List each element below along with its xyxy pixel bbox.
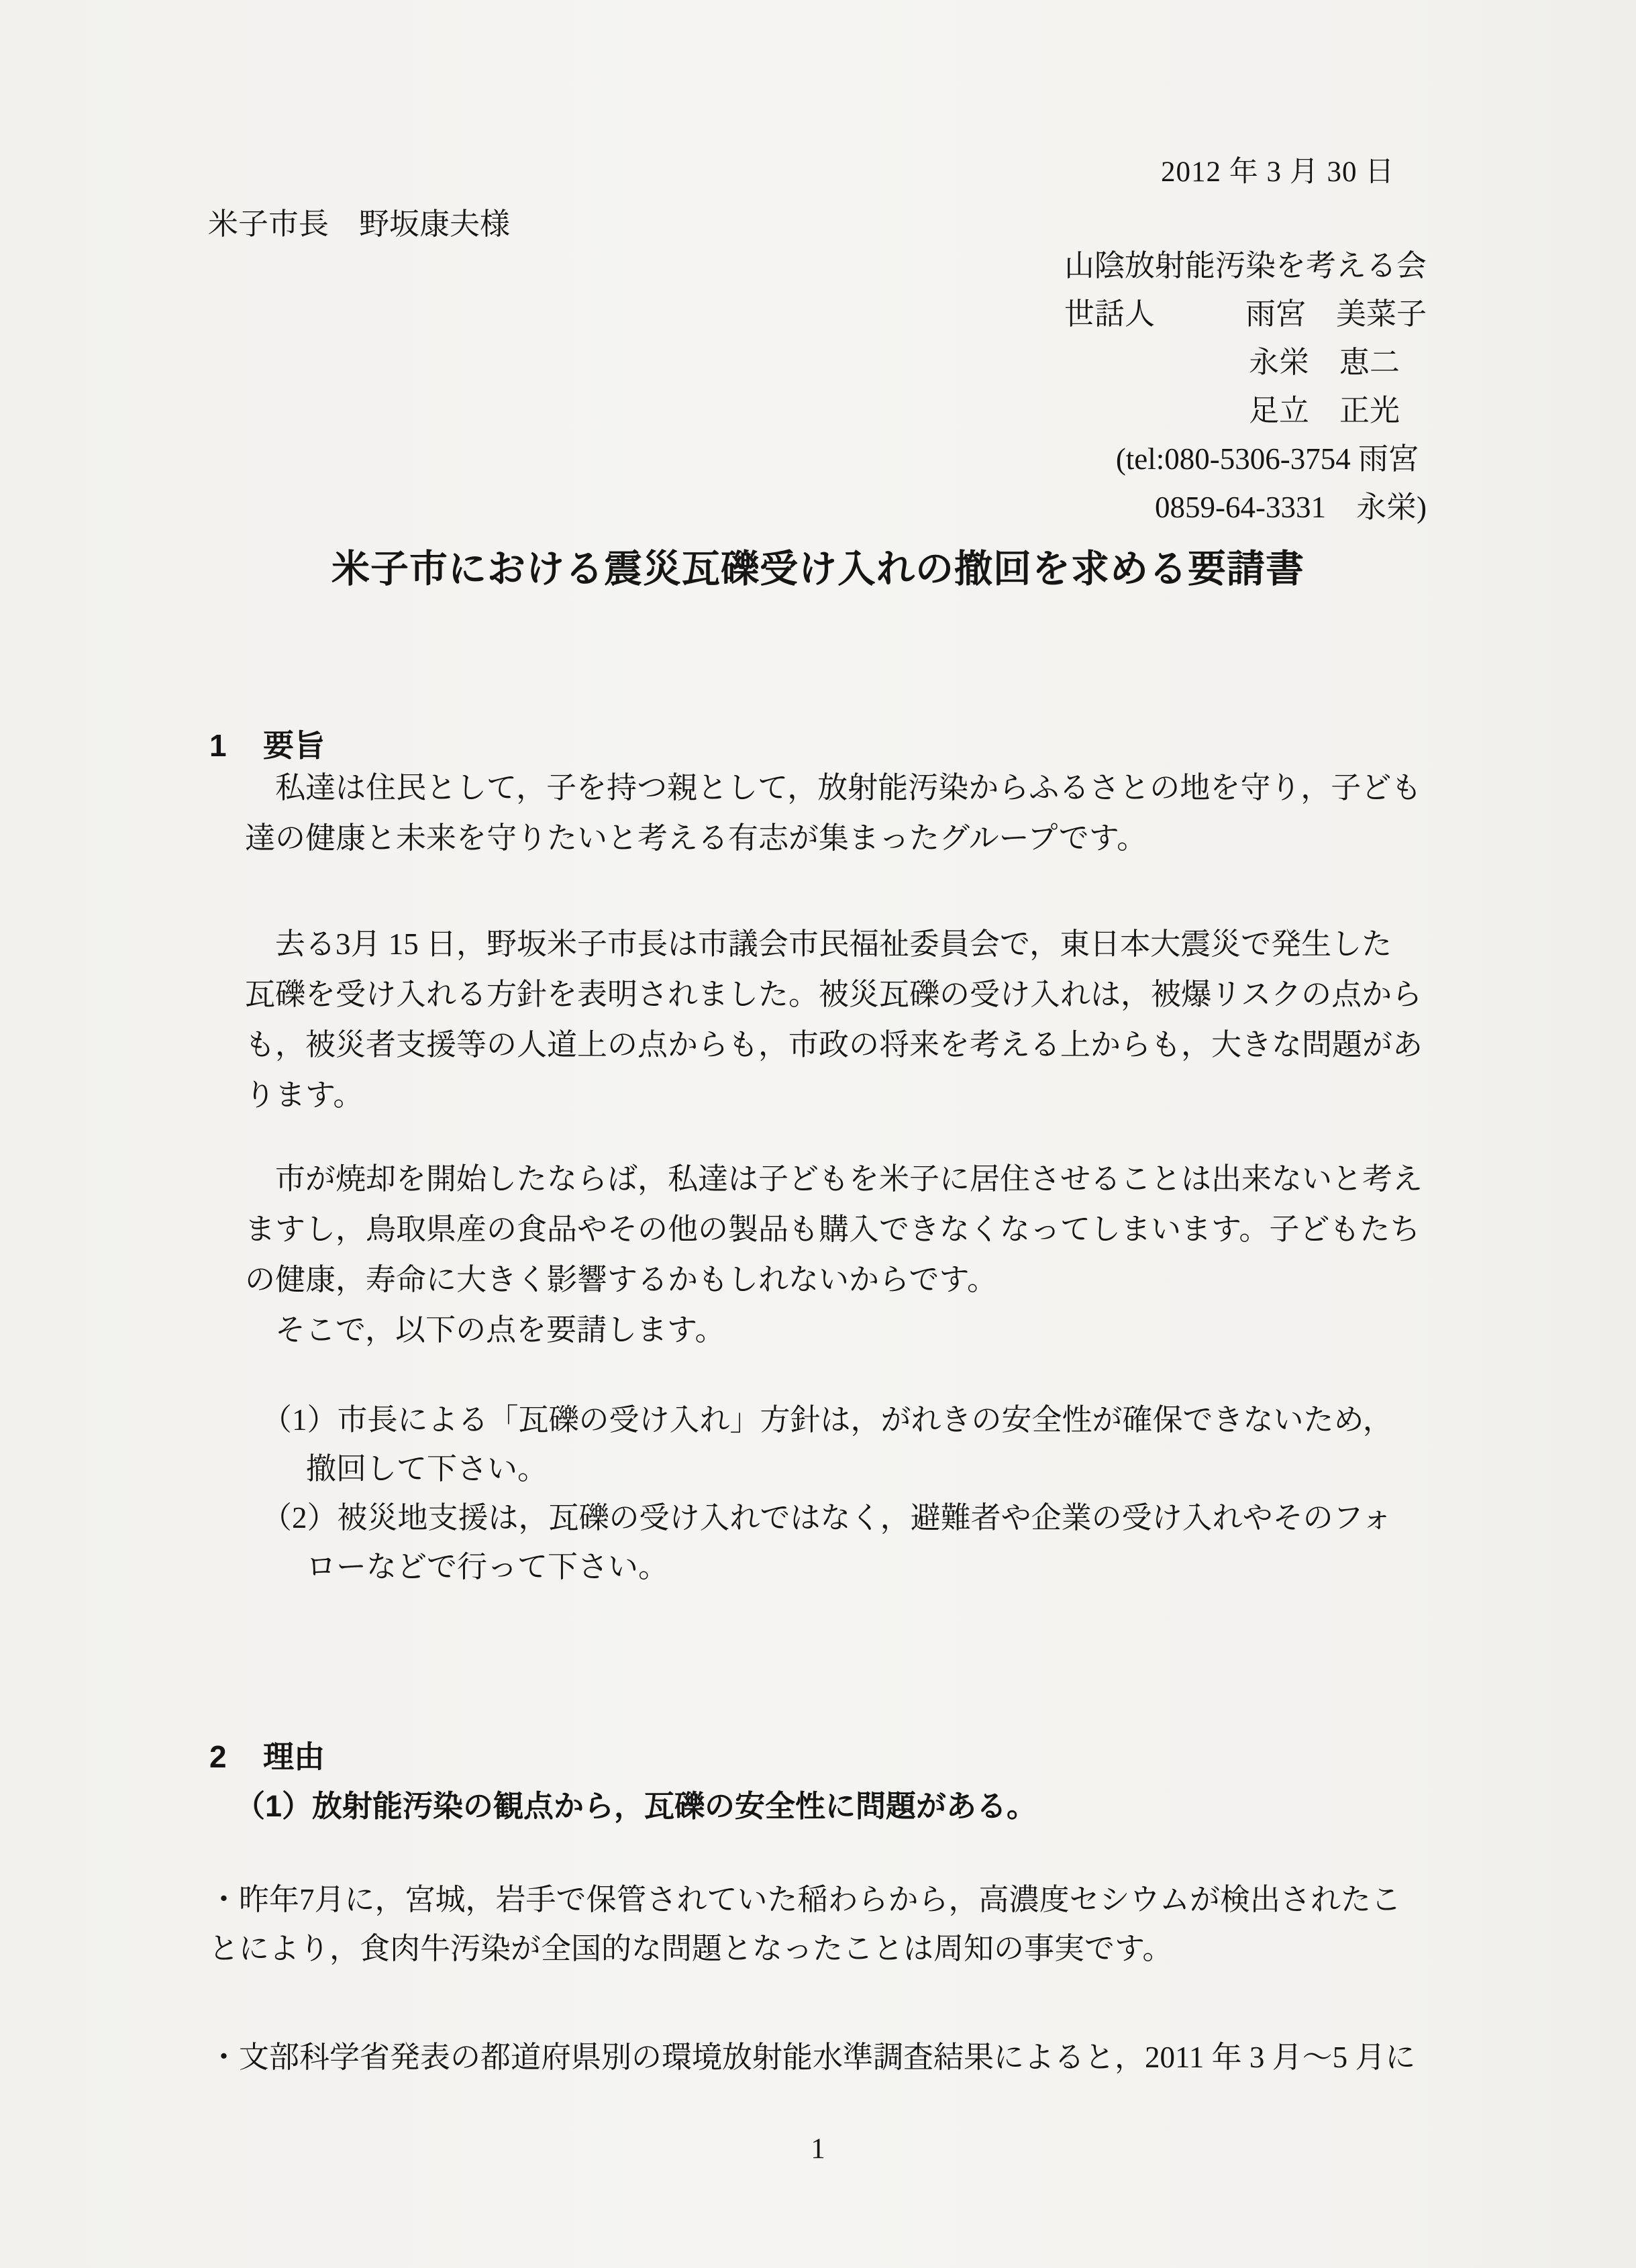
reason-bullet-2: ・文部科学省発表の都道府県別の環境放射能水準調査結果によると，2011 年 3 … <box>209 2033 1415 2082</box>
summary-paragraph-2: 去る3月 15 日，野坂米子市長は市議会市民福祉委員会で，東日本大震災で発生した… <box>245 919 1423 1121</box>
paragraph-line: の健康，寿命に大きく影響するかもしれないからです。 <box>245 1255 1423 1305</box>
sender-name3: 足立 正光 <box>1047 386 1427 435</box>
request-item-1-line-1: （1）市長による「瓦礫の受け入れ」方針は，がれきの安全性が確保できないため， <box>262 1396 1393 1445</box>
request-item-2-line-1: （2）被災地支援は，瓦礫の受け入れではなく，避難者や企業の受け入れやそのフォ <box>262 1494 1393 1543</box>
section-1-number: 1 <box>209 727 263 764</box>
recipient-line: 米子市長 野坂康夫様 <box>208 199 510 243</box>
section-2-number: 2 <box>209 1739 263 1775</box>
bullet-line: ・昨年7月に，宮城，岩手で保管されていた稲わらから，高濃度セシウムが検出されたこ <box>209 1875 1401 1924</box>
paragraph-line: ります。 <box>245 1070 1423 1121</box>
section-2-heading: 2理由 <box>209 1733 325 1777</box>
paragraph-line: ますし，鳥取県産の食品やその他の製品も購入できなくなってしまいます。子どもたち <box>245 1204 1423 1255</box>
section-1-heading-label: 要旨 <box>263 728 325 763</box>
reason-subheading-1: （1）放射能汚染の観点から，瓦礫の安全性に問題がある。 <box>235 1782 1037 1825</box>
summary-paragraph-3: 市が焼却を開始したならば，私達は子どもを米子に居住させることは出来ないと考え ま… <box>245 1154 1423 1355</box>
paragraph-line: も，被災者支援等の人道上の点からも，市政の将来を考える上からも，大きな問題があ <box>245 1020 1423 1070</box>
request-item-1-line-2: 撤回して下さい。 <box>262 1445 1393 1494</box>
paragraph-line: 私達は住民として，子を持つ親として，放射能汚染からふるさとの地を守り，子ども <box>245 763 1421 813</box>
sender-caretaker-name1: 世話人 雨宮 美菜子 <box>1047 290 1427 338</box>
sender-tel-2: 0859-64-3331 永栄) <box>1047 483 1427 531</box>
paragraph-line: 去る3月 15 日，野坂米子市長は市議会市民福祉委員会で，東日本大震災で発生した <box>245 919 1423 970</box>
paragraph-line: 達の健康と未来を守りたいと考える有志が集まったグループです。 <box>245 813 1421 864</box>
scanned-letter-page: 2012 年 3 月 30 日 米子市長 野坂康夫様 山陰放射能汚染を考える会 … <box>0 0 1636 2268</box>
sender-block: 山陰放射能汚染を考える会 世話人 雨宮 美菜子 永栄 恵二 足立 正光 (tel… <box>1047 242 1427 531</box>
section-1-heading: 1要旨 <box>209 721 325 766</box>
bullet-line: とにより，食肉牛汚染が全国的な問題となったことは周知の事実です。 <box>209 1924 1401 1973</box>
section-2-heading-label: 理由 <box>263 1739 325 1774</box>
document-title: 米子市における震災瓦礫受け入れの撤回を求める要請書 <box>0 538 1636 593</box>
paragraph-line: 市が焼却を開始したならば，私達は子どもを米子に居住させることは出来ないと考え <box>245 1154 1423 1204</box>
request-item-2-line-2: ローなどで行って下さい。 <box>262 1543 1393 1592</box>
bullet-line: ・文部科学省発表の都道府県別の環境放射能水準調査結果によると，2011 年 3 … <box>209 2033 1415 2082</box>
page-number: 1 <box>0 2132 1636 2165</box>
paragraph-line: 瓦礫を受け入れる方針を表明されました。被災瓦礫の受け入れは，被爆リスクの点から <box>245 970 1423 1020</box>
sender-name2: 永栄 恵二 <box>1047 338 1427 386</box>
summary-paragraph-1: 私達は住民として，子を持つ親として，放射能汚染からふるさとの地を守り，子ども 達… <box>245 763 1421 864</box>
document-date: 2012 年 3 月 30 日 <box>1161 149 1394 190</box>
paragraph-line: そこで，以下の点を要請します。 <box>245 1305 1423 1355</box>
reason-bullet-1: ・昨年7月に，宮城，岩手で保管されていた稲わらから，高濃度セシウムが検出されたこ… <box>209 1875 1401 1973</box>
sender-tel-1: (tel:080-5306-3754 雨宮 <box>1047 435 1427 483</box>
sender-org: 山陰放射能汚染を考える会 <box>1047 242 1427 290</box>
request-list: （1）市長による「瓦礫の受け入れ」方針は，がれきの安全性が確保できないため， 撤… <box>262 1396 1393 1592</box>
